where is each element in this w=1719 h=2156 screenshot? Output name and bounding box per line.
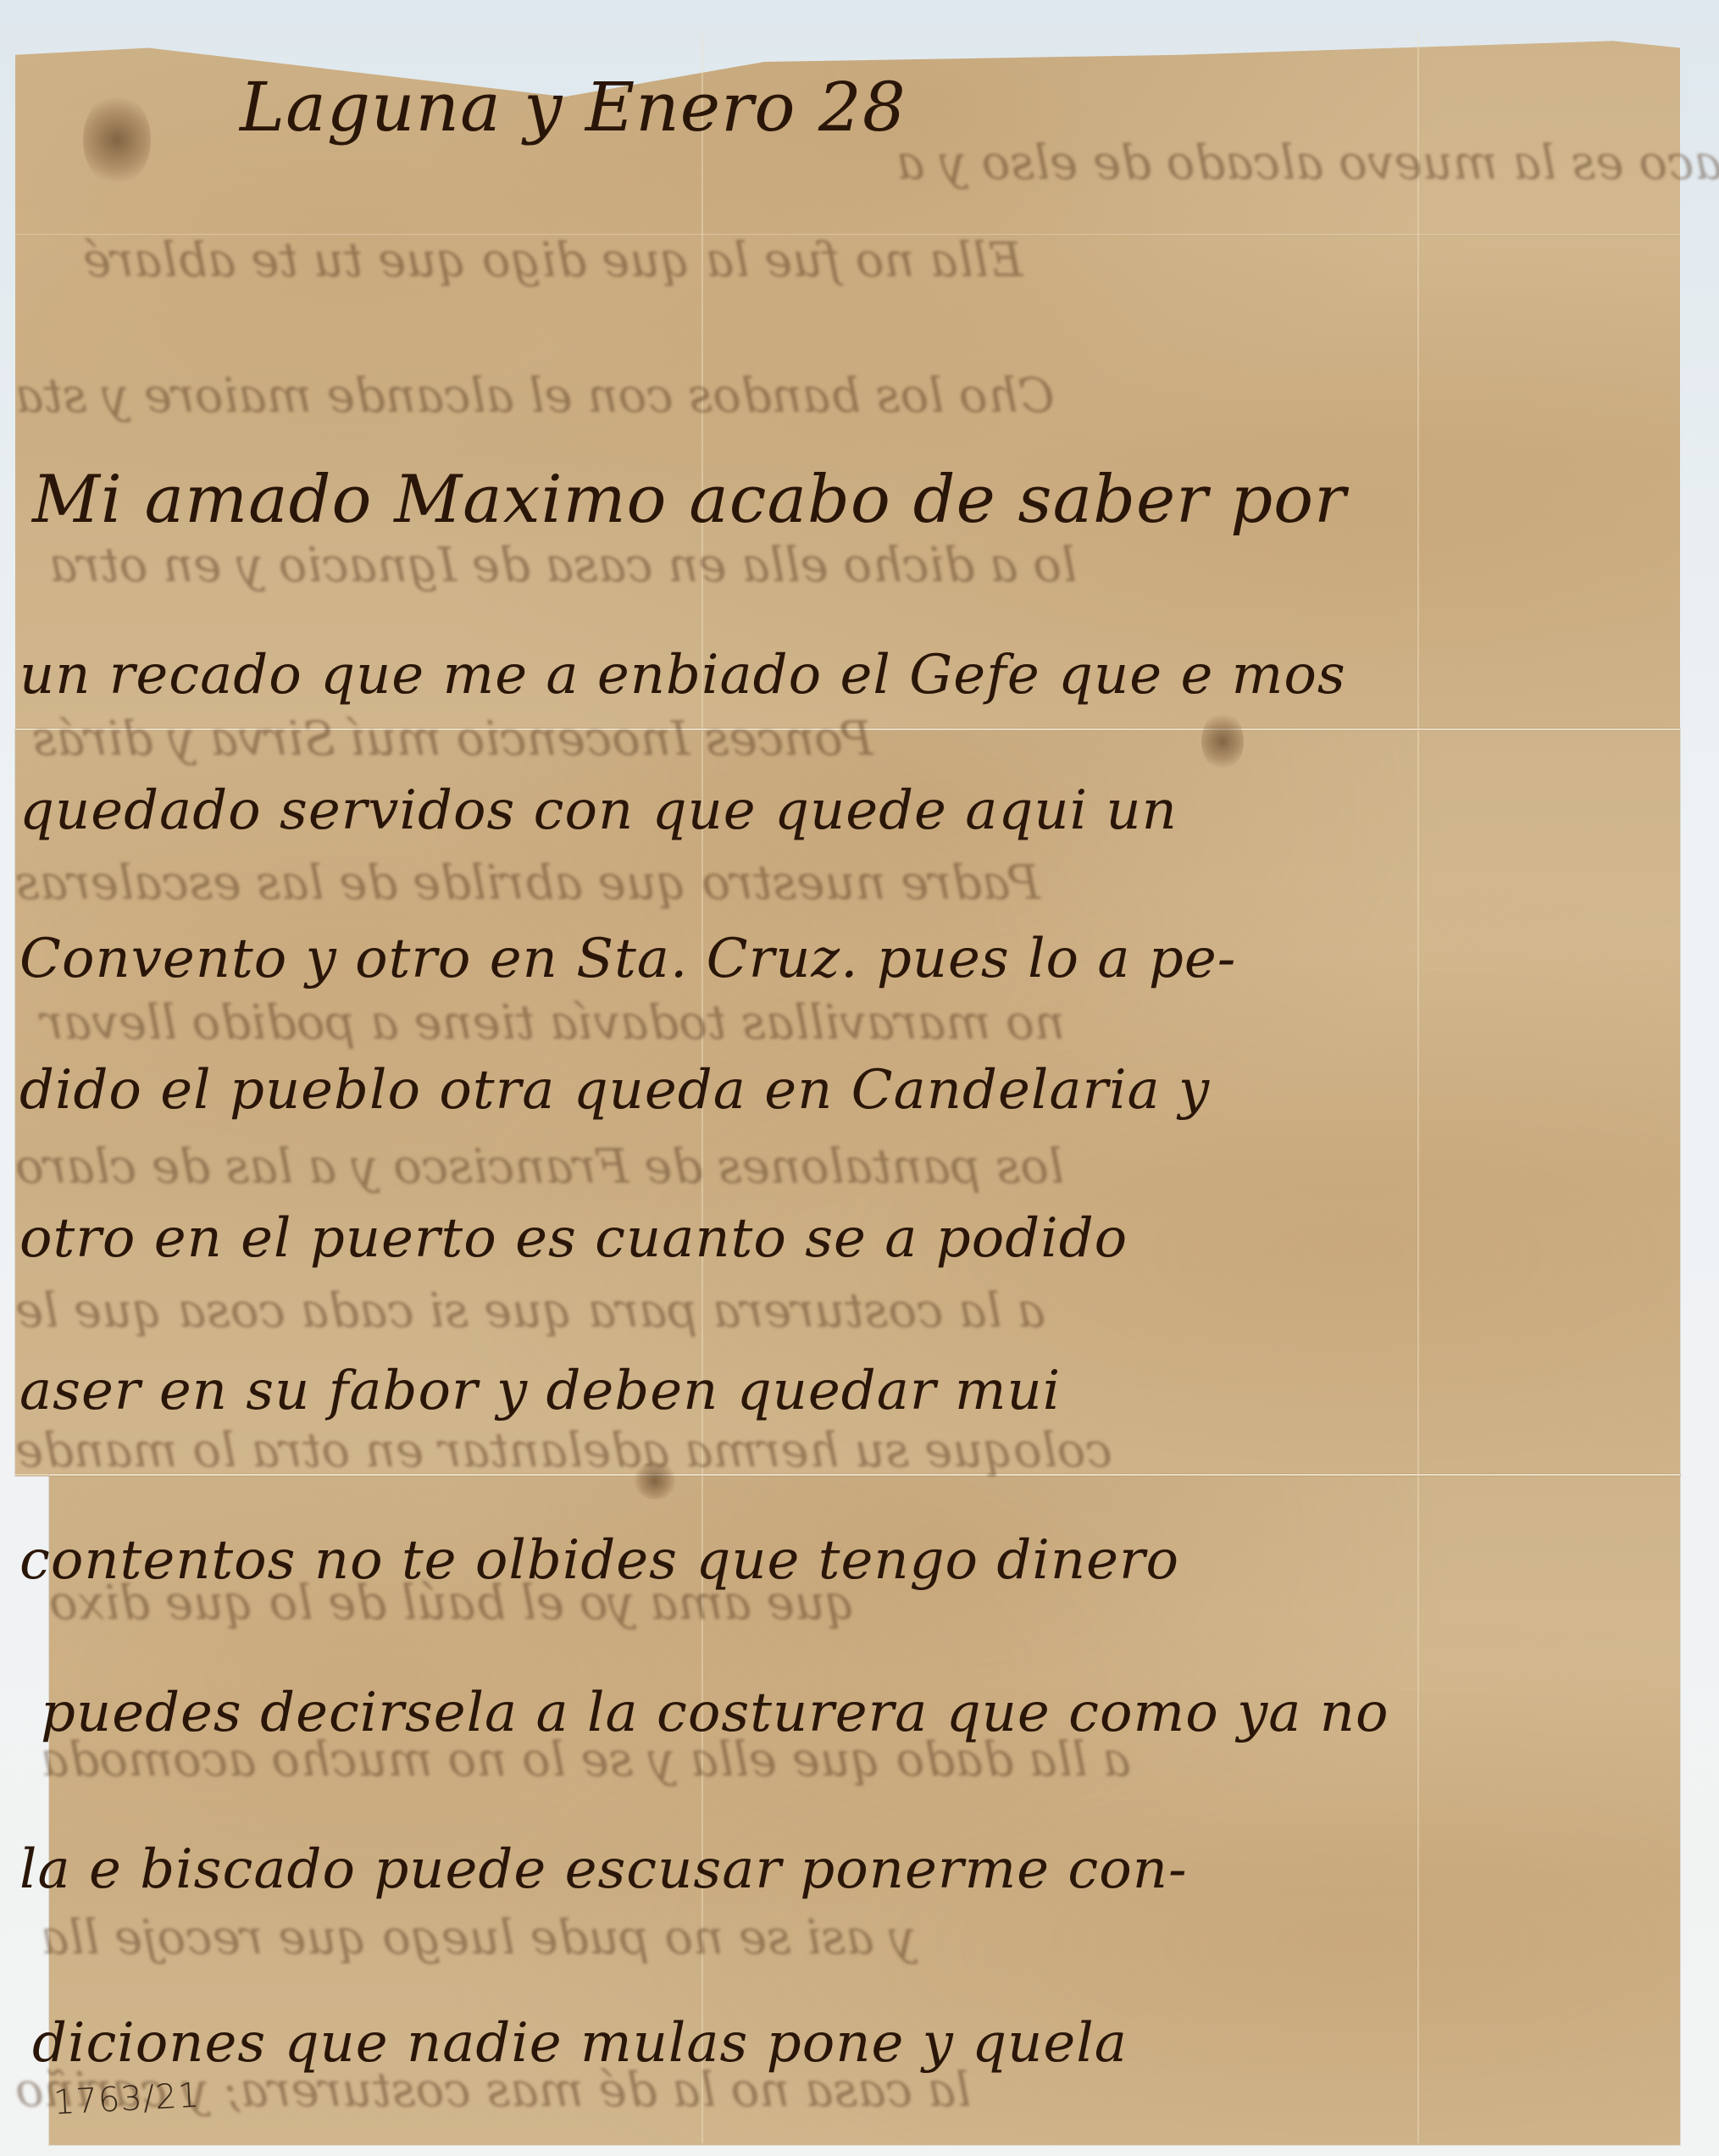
ink-stain <box>1201 712 1244 771</box>
bleed-through-line: a la costurera para que si cada cosa que… <box>15 1283 1045 1338</box>
letter-sheet: Caimaco es la muevo alcado de elso y a E… <box>15 34 1680 2143</box>
bleed-through-line: Ella no fue la que digo que tu te ablaré <box>83 233 1023 288</box>
letter-line: otro en el puerto es cuanto se a podido <box>19 1207 1128 1270</box>
vertical-fold-line <box>1417 34 1419 2143</box>
letter-line: puedes decirsela a la costurera que como… <box>41 1682 1389 1744</box>
bleed-through-line: no maravillas todavía tiene a podido lle… <box>41 995 1065 1050</box>
bleed-through-line: lo a dicho ella en casa de Ignacio y en … <box>49 538 1077 593</box>
letter-line: diciones que nadie mulas pone y quela <box>32 2012 1128 2075</box>
letter-heading-place-date: Laguna y Enero 28 <box>240 68 907 147</box>
bleed-through-line: Caimaco es la muevo alcado de elso y a <box>896 136 1719 191</box>
letter-line: un recado que me a enbiado el Gefe que e… <box>19 644 1346 707</box>
ink-stain <box>83 93 151 186</box>
bleed-through-line: y asi se no pude luego que recoje lla <box>41 1910 916 1965</box>
bleed-through-line: Padre nuestro que abrilde de las escaler… <box>15 856 1040 911</box>
letter-line: quedado servidos con que quede aqui un <box>19 779 1178 842</box>
letter-line: dido el pueblo otra queda en Candelaria … <box>19 1059 1210 1122</box>
bleed-through-line: coloque su herma adelantar en otra lo ma… <box>15 1423 1112 1478</box>
letter-line: Convento y otro en Sta. Cruz. pues lo a … <box>19 928 1236 990</box>
archive-catalog-number: 1763/21 <box>53 2076 201 2123</box>
letter-line: contentos no te olbides que tengo dinero <box>19 1529 1179 1592</box>
letter-line: la e biscado puede escusar ponerme con- <box>19 1838 1188 1901</box>
letter-line: Mi amado Maximo acabo de saber por <box>32 462 1346 538</box>
bleed-through-line: Cho los bandos con el alcande maiore y s… <box>15 369 1055 424</box>
letter-line: aser en su fabor y deben quedar mui <box>19 1360 1061 1422</box>
bleed-through-line: los pantalones de Francisco y a las de c… <box>15 1139 1064 1194</box>
bleed-through-line: Ponces Inocencio muí Sirva y dirás <box>32 712 873 767</box>
